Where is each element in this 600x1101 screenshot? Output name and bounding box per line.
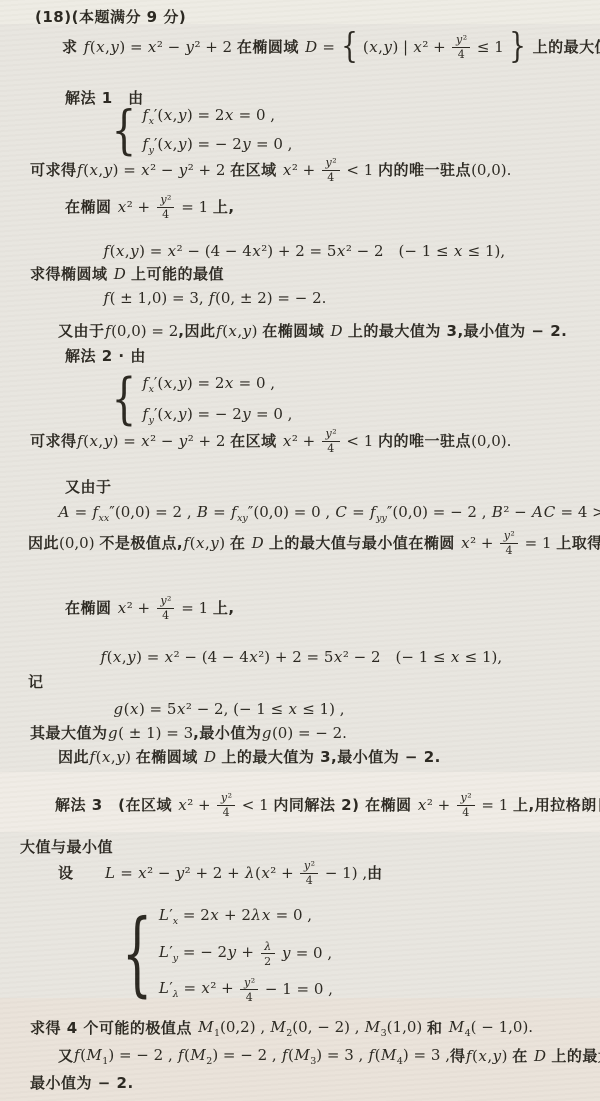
math-run: y²	[303, 859, 315, 872]
equation-row: L′y = − 2y + λ2 y = 0 ,	[158, 941, 333, 967]
math-run: fx′(x,y) = 2x = 0 ,	[142, 374, 275, 395]
math-run: 4	[327, 171, 334, 184]
fraction: y²4	[157, 595, 175, 621]
math-run: f(x,y) = x² − y² + 2	[83, 38, 237, 57]
text-run: 最小值为 − 2.	[30, 1074, 134, 1093]
equation-row: fy′(x,y) = − 2y = 0 ,	[142, 405, 292, 426]
solution-1-system: {fx′(x,y) = 2x = 0 ,fy′(x,y) = − 2y = 0 …	[110, 106, 292, 155]
text-run: 上的最大值与最小值在椭圆	[269, 534, 461, 553]
second-derivatives-line: A = fxx″(0,0) = 2 , B = fxy″(0,0) = 0 , …	[58, 503, 600, 524]
math-run: − 1 = 0 ,	[260, 980, 333, 999]
math-run: L′x = 2x + 2λx = 0 ,	[158, 906, 312, 927]
text-run: 内的唯一驻点	[378, 432, 471, 451]
fraction: y²4	[322, 157, 340, 183]
text-run: 在椭圆域	[262, 322, 330, 341]
solution-3-heading-cont: 大值与最小值	[20, 838, 113, 857]
text-run: (18)(本题满分 9 分)	[35, 8, 186, 27]
g-extrema-line: 其最大值为g( ± 1) = 3,最小值为g(0) = − 2.	[30, 724, 347, 743]
fraction: λ2	[261, 941, 275, 967]
text-run: 由	[367, 864, 383, 883]
math-run: 4	[506, 544, 513, 557]
solution-1-conclusion: 又由于f(0,0) = 2,因此f(x,y) 在椭圆域 D 上的最大值为 3,最…	[58, 322, 567, 341]
math-run: 4	[327, 442, 334, 455]
math-run: M1(0,2) , M2(0, − 2) , M3(1,0)	[198, 1018, 427, 1039]
fraction: y²4	[157, 194, 175, 220]
equation-row: L′λ = x² + y²4 − 1 = 0 ,	[158, 977, 333, 1003]
math-run: f(x,y) = x² − (4 − 4x²) + 2 = 5x² − 2 (−…	[100, 648, 502, 667]
not-extremum-line: 因此(0,0) 不是极值点,f(x,y) 在 D 上的最大值与最小值在椭圆 x²…	[28, 530, 600, 556]
math-run: A = fxx″(0,0) = 2 , B = fxy″(0,0) = 0 , …	[58, 503, 600, 524]
math-run: f(x,y)	[89, 748, 136, 767]
big-brace: {	[341, 30, 358, 65]
text-run: 可求得	[30, 432, 77, 451]
math-run: y²	[325, 427, 337, 440]
problem-number: (18)(本题满分 9 分)	[35, 8, 186, 27]
math-run: D	[534, 1047, 552, 1066]
math-run: y²	[325, 156, 337, 169]
math-run: g(0) = − 2.	[261, 724, 347, 743]
text-run: 上,	[213, 599, 235, 618]
problem-statement: 求 f(x,y) = x² − y² + 2 在椭圆域 D = {(x,y) |…	[62, 32, 600, 62]
text-run: 上的最大值为 3,	[551, 1047, 600, 1066]
math-run: 4	[162, 609, 169, 622]
text-run: 内的唯一驻点	[378, 161, 471, 180]
math-run: D	[251, 534, 269, 553]
values-at-points-line: 又f(M1) = − 2 , f(M2) = − 2 , f(M3) = 3 ,…	[58, 1046, 600, 1067]
math-run: x² +	[282, 161, 320, 180]
math-run: 4	[306, 874, 313, 887]
text-run: 因此	[58, 748, 89, 767]
math-run: (x,y) | x² +	[363, 38, 451, 57]
math-run: < 1	[237, 796, 273, 815]
math-run: x² +	[117, 198, 155, 217]
math-run: x² +	[417, 796, 455, 815]
fraction: y²4	[500, 530, 518, 556]
text-run: 上,用拉格朗日乘数法求最	[513, 796, 600, 815]
text-run: 上的最大值和最小值.	[527, 38, 600, 57]
math-run: ≤ 1	[472, 38, 504, 57]
math-run: g(x) = 5x² − 2, (− 1 ≤ x ≤ 1) ,	[113, 700, 344, 719]
text-run: 在区域	[230, 161, 282, 180]
text-run: 大值与最小值	[20, 838, 113, 857]
math-run: < 1	[342, 432, 378, 451]
text-run: 在椭圆域	[237, 38, 305, 57]
math-run: D	[204, 748, 222, 767]
text-run: 又由于	[65, 478, 112, 497]
text-run: 上,	[213, 198, 235, 217]
math-run: (0,0)	[59, 534, 99, 553]
text-run: 求得 4 个可能的极值点	[30, 1019, 198, 1038]
equation-row: L′x = 2x + 2λx = 0 ,	[158, 906, 333, 927]
math-run: < 1	[342, 161, 378, 180]
math-run: f(x,y) = x² − (4 − 4x²) + 2 = 5x² − 2 (−…	[103, 242, 505, 261]
math-run: D =	[305, 38, 340, 57]
math-run: f(x,y) = x² − y² + 2	[77, 161, 231, 180]
solution-2-conclusion: 因此f(x,y) 在椭圆域 D 上的最大值为 3,最小值为 − 2.	[58, 748, 441, 767]
equation-system-rows: fx′(x,y) = 2x = 0 ,fy′(x,y) = − 2y = 0 ,	[142, 374, 292, 425]
text-run: 在区域	[230, 432, 282, 451]
text-run: 上取得.	[556, 534, 600, 553]
math-run: f(x,y)	[216, 322, 263, 341]
math-run: L = x² − y² + 2 + λ(x² +	[105, 864, 299, 883]
math-run: y²	[243, 976, 255, 989]
math-run: f(M1) = − 2 , f(M2) = − 2 , f(M3) = 3 , …	[74, 1046, 450, 1067]
text-run: 求	[62, 38, 83, 57]
math-run: x² +	[461, 534, 499, 553]
fraction: y²4	[322, 428, 340, 454]
math-run: f(0,0) = 2	[105, 322, 179, 341]
math-run: 4	[223, 806, 230, 819]
math-run: − 1) ,	[320, 864, 367, 883]
text-run: 上可能的最值	[131, 265, 224, 284]
possible-extrema-line: 求得椭圆域 D 上可能的最值	[30, 265, 224, 284]
on-ellipse-line-2: 在椭圆 x² + y²4 = 1 上,	[65, 595, 235, 621]
text-run: 和	[427, 1019, 448, 1038]
text-run: 又	[58, 1047, 74, 1066]
text-run: (在区域	[103, 796, 178, 815]
text-run: 记	[28, 673, 44, 692]
stationary-point-line: 可求得f(x,y) = x² − y² + 2 在区域 x² + y²4 < 1…	[30, 157, 511, 183]
math-run: y²	[460, 791, 472, 804]
fraction: y²4	[217, 792, 235, 818]
on-ellipse-line-1: 在椭圆 x² + y²4 = 1 上,	[65, 194, 235, 220]
math-run: (0,0).	[471, 161, 511, 180]
text-run: · 由	[113, 347, 146, 366]
text-run: 因此	[28, 534, 59, 553]
text-run: 设	[58, 864, 105, 883]
math-run: λ	[264, 940, 272, 953]
math-run: 4	[162, 208, 169, 221]
math-run: y²	[220, 791, 232, 804]
math-run: fy′(x,y) = − 2y = 0 ,	[142, 135, 292, 156]
equation-row: fy′(x,y) = − 2y = 0 ,	[142, 135, 292, 156]
boundary-expression-1: f(x,y) = x² − (4 − 4x²) + 2 = 5x² − 2 (−…	[103, 242, 505, 261]
math-run: y²	[503, 529, 515, 542]
boundary-expression-2: f(x,y) = x² − (4 − 4x²) + 2 = 5x² − 2 (−…	[100, 648, 502, 667]
text-run: 在	[230, 534, 251, 553]
fraction: y²4	[240, 977, 258, 1003]
math-run: f(x,y)	[465, 1047, 512, 1066]
math-run: f( ± 1,0) = 3, f(0, ± 2) = − 2.	[103, 289, 326, 308]
document-content: (18)(本题满分 9 分)求 f(x,y) = x² − y² + 2 在椭圆…	[0, 0, 600, 1101]
math-run: 4	[458, 48, 465, 61]
equation-row: fx′(x,y) = 2x = 0 ,	[142, 106, 292, 127]
math-run: y²	[160, 594, 172, 607]
math-run: D	[113, 265, 131, 284]
math-run: x² +	[178, 796, 216, 815]
math-run: fy′(x,y) = − 2y = 0 ,	[142, 405, 292, 426]
math-run: (0,0).	[471, 432, 511, 451]
math-run: g( ± 1) = 3	[108, 724, 194, 743]
math-run: y²	[455, 33, 467, 46]
math-run: f(x,y)	[183, 534, 230, 553]
text-run: 在椭圆	[65, 599, 117, 618]
math-run: = 1	[520, 534, 556, 553]
math-run: f(x,y) = x² − y² + 2	[77, 432, 231, 451]
equation-system-rows: L′x = 2x + 2λx = 0 ,L′y = − 2y + λ2 y = …	[158, 906, 333, 1003]
math-run: x² +	[117, 599, 155, 618]
lagrange-definition-line: 设 L = x² − y² + 2 + λ(x² + y²4 − 1) ,由	[58, 860, 383, 886]
text-run: ,最小值为	[193, 724, 261, 743]
g-definition-line: g(x) = 5x² − 2, (− 1 ≤ x ≤ 1) ,	[113, 700, 344, 719]
text-run: ,因此	[178, 322, 215, 341]
text-run: 内同解法 2) 在椭圆	[273, 796, 417, 815]
math-run: M4( − 1,0).	[448, 1018, 533, 1039]
math-run: x² +	[282, 432, 320, 451]
math-run: y = 0 ,	[277, 944, 332, 963]
math-run: = 1	[176, 198, 212, 217]
fraction: y²4	[452, 34, 470, 60]
text-run: 解法 3	[55, 796, 103, 815]
critical-points-line: 求得 4 个可能的极值点 M1(0,2) , M2(0, − 2) , M3(1…	[30, 1018, 533, 1039]
text-run: 上的最大值为 3,最小值为 − 2.	[348, 322, 568, 341]
text-run: 不是极值点,	[99, 534, 183, 553]
text-run: 在	[512, 1047, 533, 1066]
math-run: L′λ = x² +	[158, 979, 238, 1000]
math-run: = 1	[477, 796, 513, 815]
text-run: 又由于	[58, 322, 105, 341]
text-run: 可求得	[30, 161, 77, 180]
denote-line: 记	[28, 673, 44, 692]
text-run: 解法 1	[65, 89, 113, 108]
big-brace: }	[509, 30, 526, 65]
text-run: 解法 2	[65, 347, 113, 366]
solution-2-system: {fx′(x,y) = 2x = 0 ,fy′(x,y) = − 2y = 0 …	[110, 374, 292, 425]
math-run: y²	[160, 193, 172, 206]
big-brace: {	[122, 908, 152, 1000]
math-run: D	[330, 322, 348, 341]
solution-2-heading: 解法 2 · 由	[65, 347, 146, 366]
big-brace: {	[112, 372, 137, 427]
furthermore-line: 又由于	[65, 478, 112, 497]
text-run: 上的最大值为 3,最小值为 − 2.	[221, 748, 441, 767]
text-run: 其最大值为	[30, 724, 108, 743]
final-conclusion-line: 最小值为 − 2.	[30, 1074, 134, 1093]
text-run: 在椭圆	[65, 198, 117, 217]
text-run: 得	[450, 1047, 466, 1066]
scanned-document-page: (18)(本题满分 9 分)求 f(x,y) = x² − y² + 2 在椭圆…	[0, 0, 600, 1101]
extrema-values-line: f( ± 1,0) = 3, f(0, ± 2) = − 2.	[103, 289, 326, 308]
big-brace: {	[112, 104, 137, 157]
equation-row: fx′(x,y) = 2x = 0 ,	[142, 374, 292, 395]
math-run: 4	[246, 991, 253, 1004]
solution-3-heading: 解法 3 (在区域 x² + y²4 < 1 内同解法 2) 在椭圆 x² + …	[55, 792, 600, 818]
equation-system-rows: fx′(x,y) = 2x = 0 ,fy′(x,y) = − 2y = 0 ,	[142, 106, 292, 155]
math-run: fx′(x,y) = 2x = 0 ,	[142, 106, 275, 127]
stationary-point-line-2: 可求得f(x,y) = x² − y² + 2 在区域 x² + y²4 < 1…	[30, 428, 511, 454]
fraction: y²4	[457, 792, 475, 818]
text-run: 在椭圆域	[136, 748, 204, 767]
lagrange-system: {L′x = 2x + 2λx = 0 ,L′y = − 2y + λ2 y =…	[120, 906, 333, 1003]
text-run: 求得椭圆域	[30, 265, 113, 284]
math-run: = 1	[176, 599, 212, 618]
math-run: 2	[264, 955, 271, 968]
fraction: y²4	[300, 860, 318, 886]
math-run: 4	[462, 806, 469, 819]
math-run: L′y = − 2y +	[158, 943, 258, 964]
